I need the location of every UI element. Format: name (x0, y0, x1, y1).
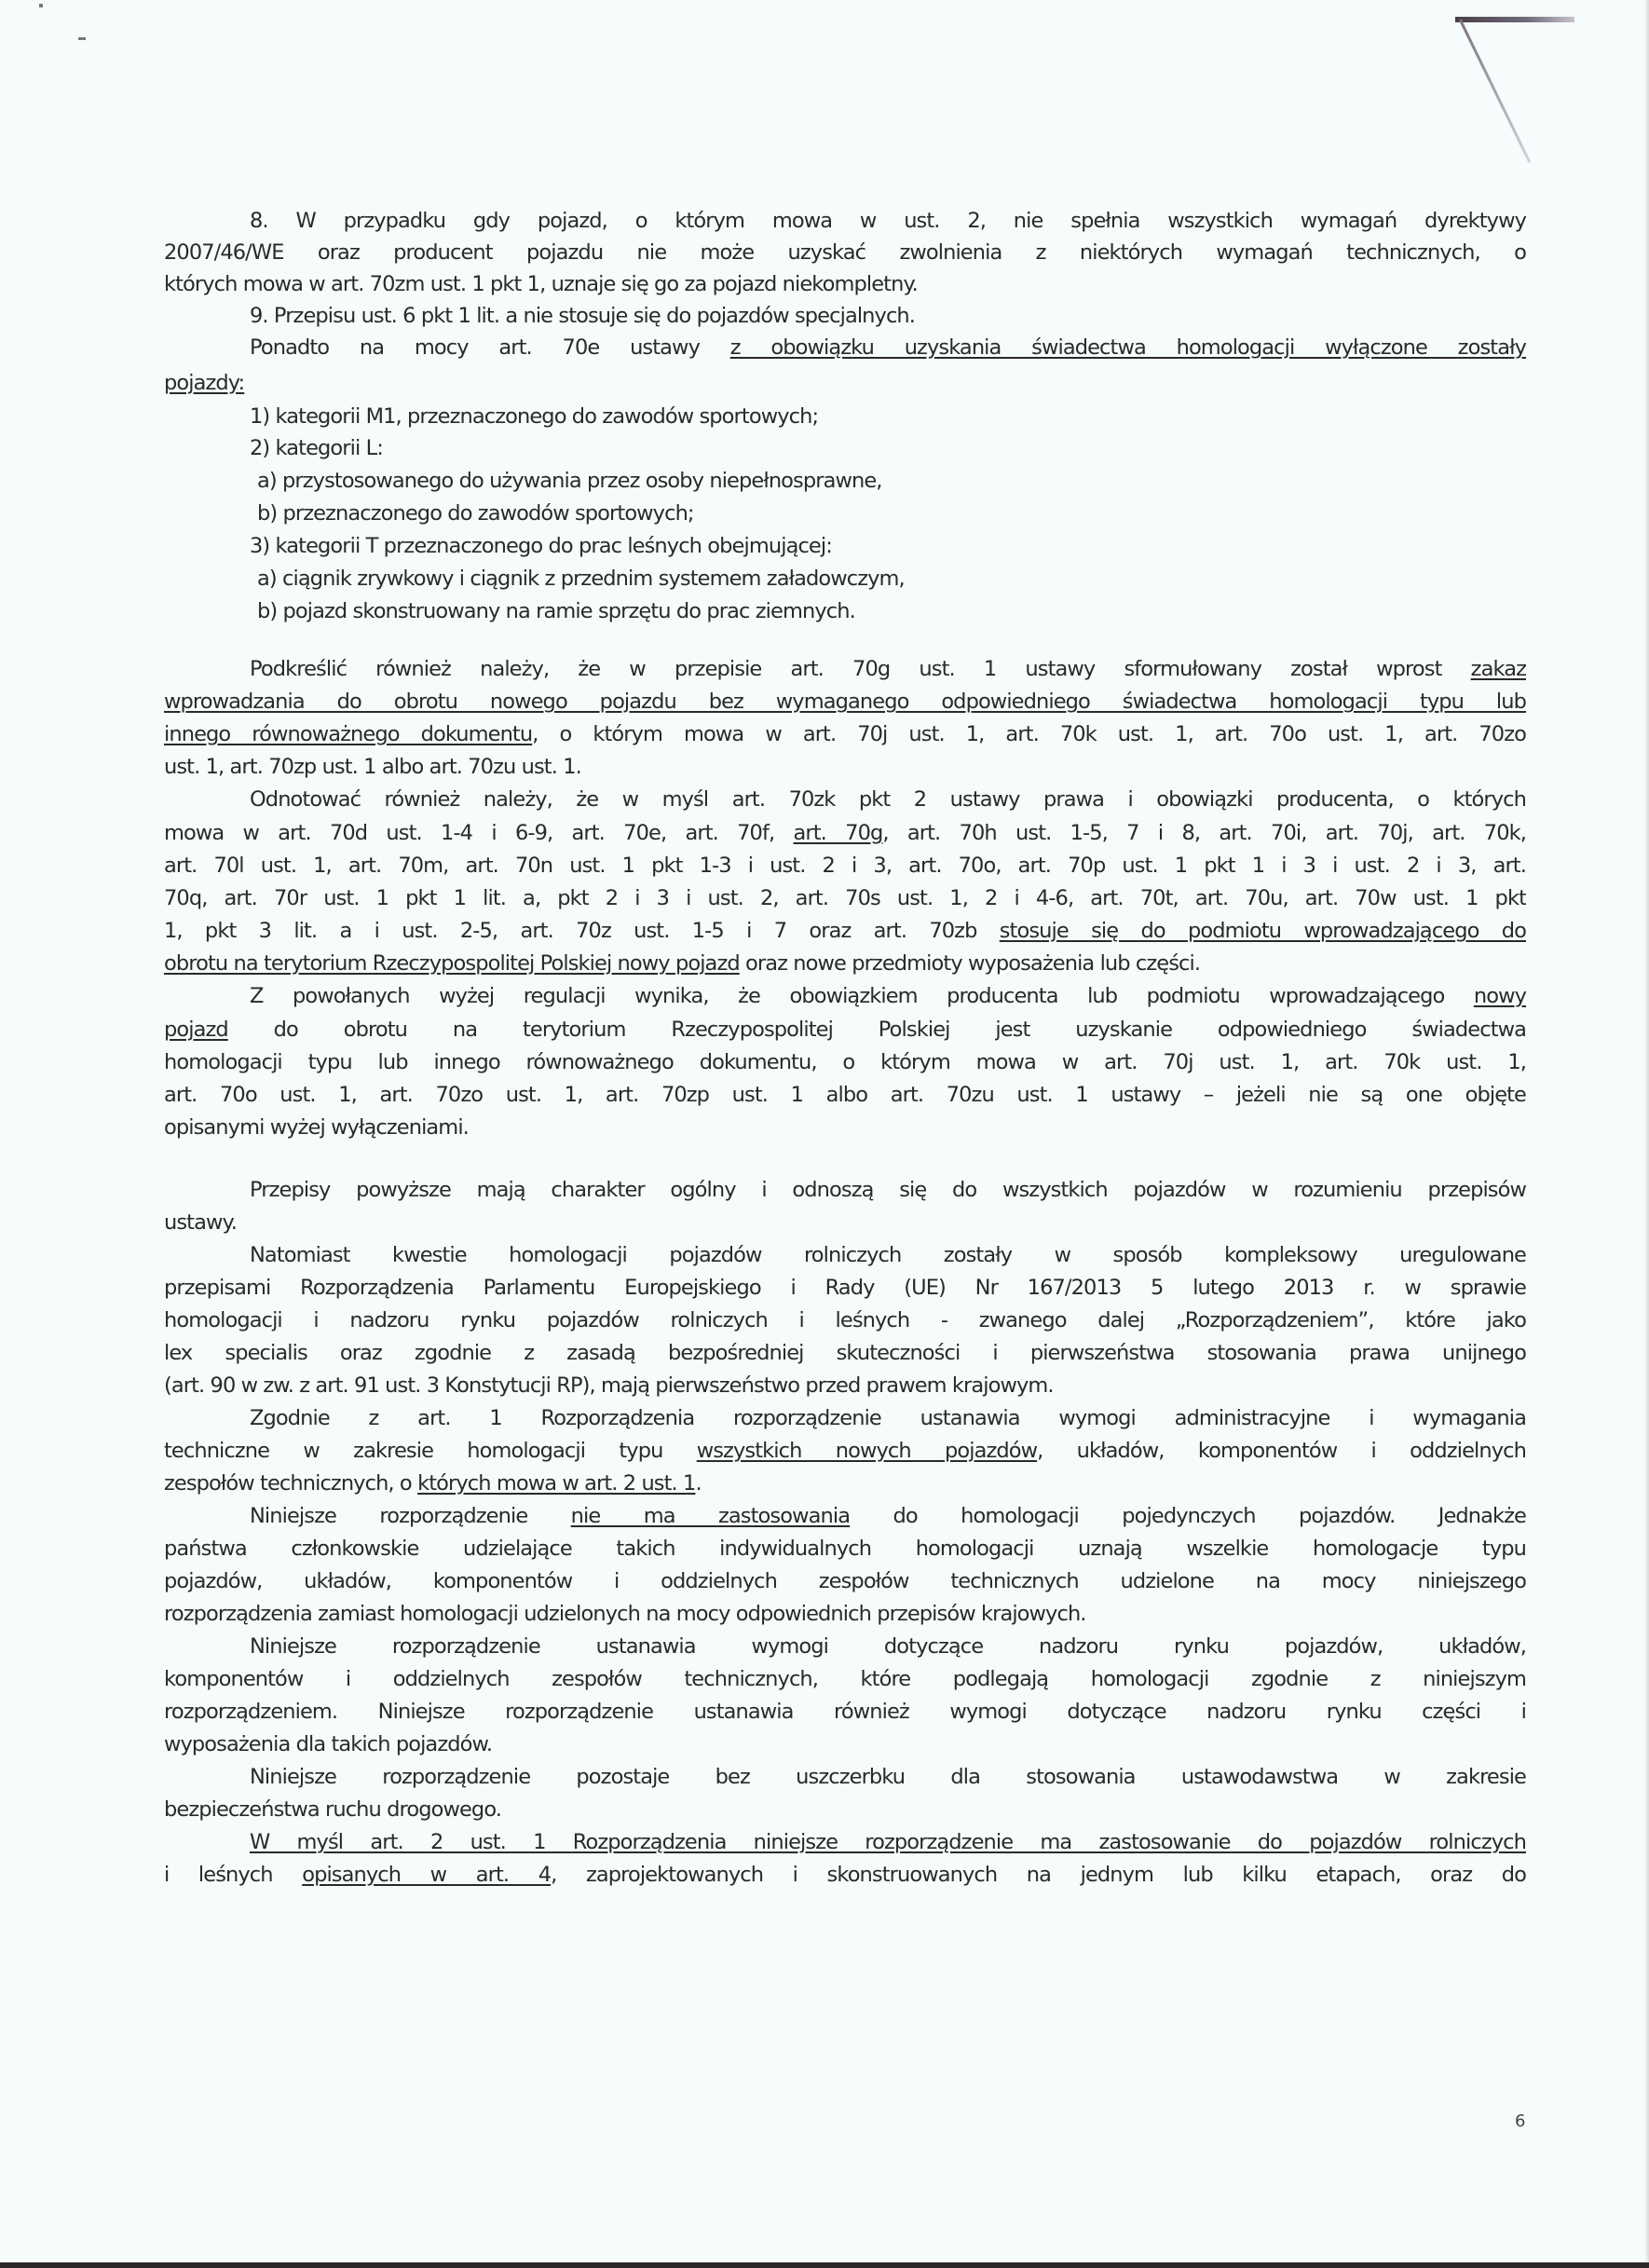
text-segment: rozporządzenia zamiast homologacji udzie… (164, 1602, 1086, 1626)
text-segment: Niniejsze rozporządzenie (250, 1504, 571, 1528)
text-line: przepisami Rozporządzenia Parlamentu Eur… (164, 1274, 1526, 1302)
underlined-text: stosuje się do podmiotu wprowadzającego … (1000, 919, 1526, 943)
text-line: a) przystosowanego do używania przez oso… (164, 467, 1619, 495)
text-segment: (art. 90 w zw. z art. 91 ust. 3 Konstytu… (164, 1373, 1054, 1398)
underlined-text: pojazdy: (164, 371, 244, 395)
text-line: Zgodnie z art. 1 Rozporządzenia rozporzą… (164, 1404, 1526, 1432)
text-segment: 1) kategorii M1, przeznaczonego do zawod… (250, 404, 818, 429)
text-line: Ponadto na mocy art. 70e ustawy z obowią… (164, 334, 1526, 362)
text-segment: wyposażenia dla takich pojazdów. (164, 1732, 492, 1756)
underlined-text: wszystkich nowych pojazdów (697, 1439, 1037, 1463)
text-line: homologacji i nadzoru rynku pojazdów rol… (164, 1306, 1526, 1334)
text-line: b) przeznaczonego do zawodów sportowych; (164, 499, 1619, 527)
text-segment: lex specialis oraz zgodnie z zasadą bezp… (164, 1341, 1526, 1365)
text-line: b) pojazd skonstruowany na ramie sprzętu… (164, 597, 1619, 625)
text-line: Podkreślić również należy, że w przepisi… (164, 655, 1526, 683)
text-line: państwa członkowskie udzielające takich … (164, 1535, 1526, 1563)
text-line: zespołów technicznych, o których mowa w … (164, 1469, 1526, 1497)
text-segment: Ponadto na mocy art. 70e ustawy (250, 335, 730, 360)
text-line: Odnotować również należy, że w myśl art.… (164, 786, 1526, 813)
text-line: lex specialis oraz zgodnie z zasadą bezp… (164, 1339, 1526, 1367)
underlined-text: pojazd (164, 1018, 228, 1042)
underlined-text: zakaz (1471, 657, 1526, 681)
text-line: techniczne w zakresie homologacji typu w… (164, 1437, 1526, 1465)
text-segment: Odnotować również należy, że w myśl art.… (250, 787, 1526, 812)
text-segment: których mowa w art. 70zm ust. 1 pkt 1, u… (164, 272, 918, 296)
text-segment: pojazdów, układów, komponentów i oddziel… (164, 1569, 1526, 1593)
page-edge-shadow (1644, 0, 1649, 2268)
text-line: Z powołanych wyżej regulacji wynika, że … (164, 982, 1526, 1010)
text-segment: . (695, 1471, 701, 1496)
page-bottom-edge (0, 2262, 1649, 2268)
text-line: pojazdy: (164, 369, 1526, 397)
text-line: rozporządzeniem. Niniejsze rozporządzeni… (164, 1698, 1526, 1726)
underlined-text: obrotu na terytorium Rzeczypospolitej Po… (164, 951, 740, 976)
text-line: 1, pkt 3 lit. a i ust. 2-5, art. 70z ust… (164, 917, 1526, 945)
text-line: innego równoważnego dokumentu, o którym … (164, 720, 1526, 748)
text-line: komponentów i oddzielnych zespołów techn… (164, 1665, 1526, 1693)
text-line: których mowa w art. 70zm ust. 1 pkt 1, u… (164, 270, 1526, 298)
text-line: i leśnych opisanych w art. 4, zaprojekto… (164, 1861, 1526, 1889)
text-line: a) ciągnik zrywkowy i ciągnik z przednim… (164, 565, 1619, 593)
text-line: wprowadzania do obrotu nowego pojazdu be… (164, 688, 1526, 716)
text-segment: , zaprojektowanych i skonstruowanych na … (551, 1863, 1526, 1887)
text-line: 1) kategorii M1, przeznaczonego do zawod… (164, 403, 1612, 430)
text-segment: Niniejsze rozporządzenie pozostaje bez u… (250, 1765, 1526, 1789)
text-segment: 8. W przypadku gdy pojazd, o którym mowa… (250, 209, 1526, 233)
text-line: pojazd do obrotu na terytorium Rzeczypos… (164, 1016, 1526, 1044)
underlined-text: art. 70g (794, 821, 883, 845)
text-segment: i leśnych (164, 1863, 302, 1887)
text-line: pojazdów, układów, komponentów i oddziel… (164, 1567, 1526, 1595)
underlined-text: których mowa w art. 2 ust. 1 (417, 1471, 695, 1496)
text-segment: bezpieczeństwa ruchu drogowego. (164, 1797, 501, 1822)
text-segment: homologacji typu lub innego równoważnego… (164, 1050, 1526, 1074)
text-line: 3) kategorii T przeznaczonego do prac le… (164, 532, 1612, 560)
text-segment: homologacji i nadzoru rynku pojazdów rol… (164, 1308, 1526, 1332)
text-segment: mowa w art. 70d ust. 1-4 i 6-9, art. 70e… (164, 821, 794, 845)
text-segment: 1, pkt 3 lit. a i ust. 2-5, art. 70z ust… (164, 919, 1000, 943)
page-number: 6 (1515, 2111, 1525, 2131)
text-line: 2007/46/WE oraz producent pojazdu nie mo… (164, 239, 1526, 266)
text-segment: Podkreślić również należy, że w przepisi… (250, 657, 1471, 681)
text-segment: 3) kategorii T przeznaczonego do prac le… (250, 534, 832, 558)
text-line: rozporządzenia zamiast homologacji udzie… (164, 1600, 1526, 1628)
text-segment: oraz nowe przedmioty wyposażenia lub czę… (740, 951, 1200, 976)
text-line: (art. 90 w zw. z art. 91 ust. 3 Konstytu… (164, 1372, 1526, 1400)
underlined-text: wprowadzania do obrotu nowego pojazdu be… (164, 690, 1526, 714)
text-line: ust. 1, art. 70zp ust. 1 albo art. 70zu … (164, 753, 1526, 781)
text-line: obrotu na terytorium Rzeczypospolitej Po… (164, 950, 1526, 977)
text-line: ustawy. (164, 1209, 1526, 1236)
text-segment: , układów, komponentów i oddzielnych (1037, 1439, 1526, 1463)
text-segment: 9. Przepisu ust. 6 pkt 1 lit. a nie stos… (250, 304, 915, 328)
text-segment: art. 70l ust. 1, art. 70m, art. 70n ust.… (164, 854, 1526, 878)
text-segment: Z powołanych wyżej regulacji wynika, że … (250, 984, 1474, 1008)
text-segment: 70q, art. 70r ust. 1 pkt 1 lit. a, pkt 2… (164, 886, 1526, 910)
underlined-text: nowy (1474, 984, 1526, 1008)
underlined-text: z obowiązku uzyskania świadectwa homolog… (730, 335, 1526, 360)
scan-speck (39, 4, 43, 7)
underlined-text: W myśl art. 2 ust. 1 Rozporządzenia nini… (250, 1830, 1526, 1854)
text-segment: techniczne w zakresie homologacji typu (164, 1439, 697, 1463)
underlined-text: innego równoważnego dokumentu (164, 722, 532, 746)
text-segment: do homologacji pojedynczych pojazdów. Je… (850, 1504, 1526, 1528)
text-line: Natomiast kwestie homologacji pojazdów r… (164, 1241, 1526, 1269)
text-line: 9. Przepisu ust. 6 pkt 1 lit. a nie stos… (164, 302, 1526, 330)
text-segment: , art. 70h ust. 1-5, 7 i 8, art. 70i, ar… (882, 821, 1526, 845)
underlined-text: opisanych w art. 4 (302, 1863, 551, 1887)
underlined-text: nie ma zastosowania (571, 1504, 850, 1528)
text-segment: państwa członkowskie udzielające takich … (164, 1537, 1526, 1561)
text-segment: b) pojazd skonstruowany na ramie sprzętu… (257, 599, 855, 623)
text-segment: Przepisy powyższe mają charakter ogólny … (250, 1178, 1526, 1202)
text-segment: komponentów i oddzielnych zespołów techn… (164, 1667, 1526, 1691)
text-line: art. 70o ust. 1, art. 70zo ust. 1, art. … (164, 1081, 1526, 1109)
text-line: 8. W przypadku gdy pojazd, o którym mowa… (164, 207, 1526, 235)
text-segment: rozporządzeniem. Niniejsze rozporządzeni… (164, 1700, 1526, 1724)
text-line: 2) kategorii L: (164, 434, 1612, 462)
text-line: mowa w art. 70d ust. 1-4 i 6-9, art. 70e… (164, 819, 1526, 847)
scan-speck (78, 37, 86, 40)
text-segment: Niniejsze rozporządzenie ustanawia wymog… (250, 1634, 1526, 1659)
text-line: bezpieczeństwa ruchu drogowego. (164, 1796, 1526, 1824)
text-segment: 2007/46/WE oraz producent pojazdu nie mo… (164, 240, 1526, 265)
text-segment: ust. 1, art. 70zp ust. 1 albo art. 70zu … (164, 755, 581, 779)
text-segment: b) przeznaczonego do zawodów sportowych; (257, 501, 694, 526)
text-segment: zespołów technicznych, o (164, 1471, 417, 1496)
text-line: Niniejsze rozporządzenie pozostaje bez u… (164, 1763, 1526, 1791)
text-segment: Zgodnie z art. 1 Rozporządzenia rozporzą… (250, 1406, 1526, 1430)
text-line: Przepisy powyższe mają charakter ogólny … (164, 1176, 1526, 1204)
text-segment: Natomiast kwestie homologacji pojazdów r… (250, 1243, 1526, 1267)
scanned-document-page: 8. W przypadku gdy pojazd, o którym mowa… (0, 0, 1649, 2268)
text-line: wyposażenia dla takich pojazdów. (164, 1730, 1526, 1758)
text-line: 70q, art. 70r ust. 1 pkt 1 lit. a, pkt 2… (164, 884, 1526, 912)
text-segment: a) przystosowanego do używania przez oso… (257, 469, 882, 493)
text-segment: przepisami Rozporządzenia Parlamentu Eur… (164, 1276, 1526, 1300)
text-segment: art. 70o ust. 1, art. 70zo ust. 1, art. … (164, 1083, 1526, 1107)
text-line: Niniejsze rozporządzenie ustanawia wymog… (164, 1633, 1526, 1660)
text-segment: a) ciągnik zrywkowy i ciągnik z przednim… (257, 567, 905, 591)
text-line: homologacji typu lub innego równoważnego… (164, 1048, 1526, 1076)
text-segment: do obrotu na terytorium Rzeczypospolitej… (228, 1018, 1526, 1042)
text-segment: ustawy. (164, 1210, 237, 1235)
text-line: art. 70l ust. 1, art. 70m, art. 70n ust.… (164, 852, 1526, 880)
text-line: W myśl art. 2 ust. 1 Rozporządzenia nini… (164, 1828, 1526, 1856)
text-segment: opisanymi wyżej wyłączeniami. (164, 1115, 469, 1140)
text-segment: , o którym mowa w art. 70j ust. 1, art. … (532, 722, 1526, 746)
text-line: Niniejsze rozporządzenie nie ma zastosow… (164, 1502, 1526, 1530)
text-segment: 2) kategorii L: (250, 436, 383, 460)
text-line: opisanymi wyżej wyłączeniami. (164, 1114, 1526, 1141)
